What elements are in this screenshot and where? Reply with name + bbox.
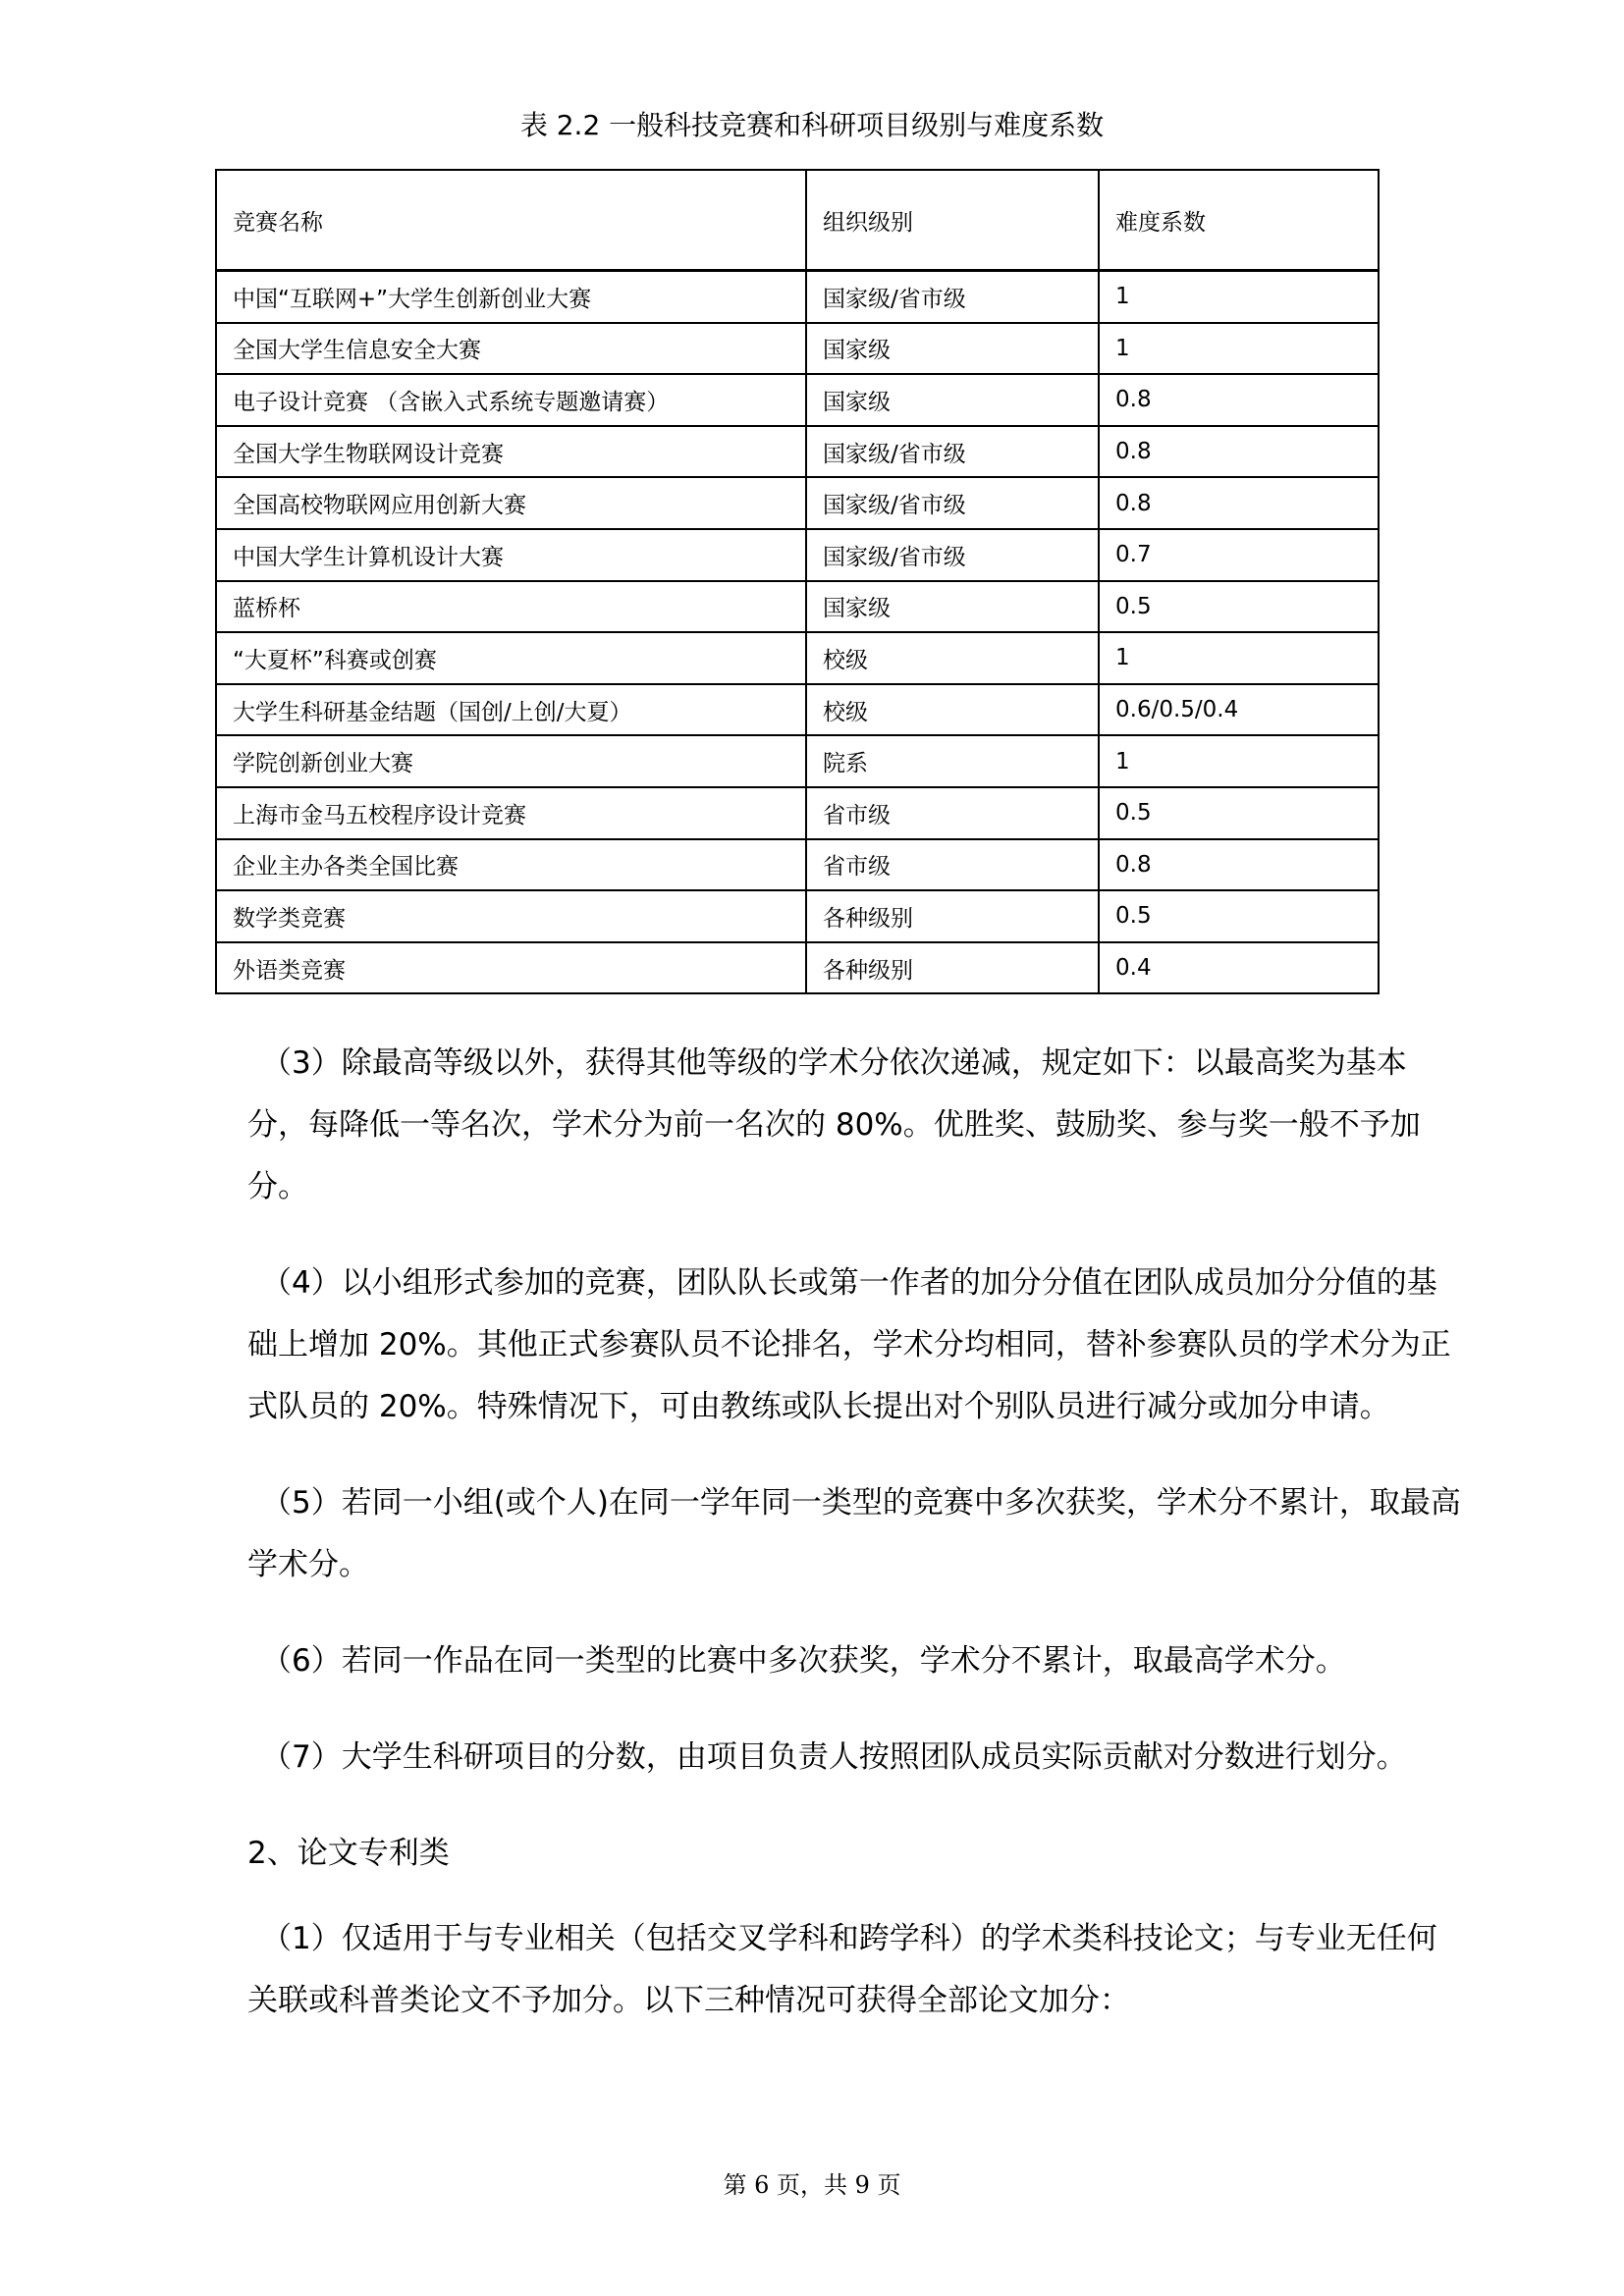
section-heading-papers-patents: 2、论文专利类 bbox=[247, 1823, 1465, 1885]
table-row: 中国“互联网+”大学生创新创业大赛国家级/省市级1 bbox=[216, 271, 1379, 323]
cell-name: 大学生科研基金结题（国创/上创/大夏） bbox=[216, 684, 806, 736]
table-row: 全国大学生信息安全大赛国家级1 bbox=[216, 323, 1379, 375]
cell-coefficient: 0.8 bbox=[1099, 477, 1379, 529]
cell-level: 国家级/省市级 bbox=[806, 426, 1099, 478]
cell-level: 校级 bbox=[806, 684, 1099, 736]
table-row: 上海市金马五校程序设计竞赛省市级0.5 bbox=[216, 787, 1379, 839]
cell-level: 各种级别 bbox=[806, 942, 1099, 994]
table-row: 数学类竞赛各种级别0.5 bbox=[216, 890, 1379, 942]
table-row: 全国高校物联网应用创新大赛国家级/省市级0.8 bbox=[216, 477, 1379, 529]
cell-level: 国家级/省市级 bbox=[806, 529, 1099, 581]
cell-level: 省市级 bbox=[806, 787, 1099, 839]
cell-level: 国家级 bbox=[806, 374, 1099, 426]
table-row: 企业主办各类全国比赛省市级0.8 bbox=[216, 839, 1379, 891]
table-row: 大学生科研基金结题（国创/上创/大夏）校级0.6/0.5/0.4 bbox=[216, 684, 1379, 736]
header-difficulty: 难度系数 bbox=[1099, 170, 1379, 271]
cell-name: 电子设计竞赛 （含嵌入式系统专题邀请赛） bbox=[216, 374, 806, 426]
cell-level: 院系 bbox=[806, 735, 1099, 787]
table-row: 外语类竞赛各种级别0.4 bbox=[216, 942, 1379, 994]
table-row: 全国大学生物联网设计竞赛国家级/省市级0.8 bbox=[216, 426, 1379, 478]
cell-name: 外语类竞赛 bbox=[216, 942, 806, 994]
cell-name: 蓝桥杯 bbox=[216, 581, 806, 633]
cell-coefficient: 0.6/0.5/0.4 bbox=[1099, 684, 1379, 736]
cell-coefficient: 1 bbox=[1099, 271, 1379, 323]
table-row: 蓝桥杯国家级0.5 bbox=[216, 581, 1379, 633]
rule-paragraph-6: （6）若同一作品在同一类型的比赛中多次获奖，学术分不累计，取最高学术分。 bbox=[247, 1630, 1465, 1692]
table-row: 电子设计竞赛 （含嵌入式系统专题邀请赛）国家级0.8 bbox=[216, 374, 1379, 426]
cell-name: 全国大学生信息安全大赛 bbox=[216, 323, 806, 375]
cell-coefficient: 0.4 bbox=[1099, 942, 1379, 994]
table-row: 中国大学生计算机设计大赛国家级/省市级0.7 bbox=[216, 529, 1379, 581]
cell-name: 全国大学生物联网设计竞赛 bbox=[216, 426, 806, 478]
rule-paragraph-3: （3）除最高等级以外，获得其他等级的学术分依次递减，规定如下：以最高奖为基本分，… bbox=[247, 1033, 1465, 1218]
cell-level: 校级 bbox=[806, 632, 1099, 684]
cell-coefficient: 1 bbox=[1099, 632, 1379, 684]
rule-paragraph-4: （4）以小组形式参加的竞赛，团队队长或第一作者的加分分值在团队成员加分分值的基础… bbox=[247, 1253, 1465, 1438]
cell-level: 国家级/省市级 bbox=[806, 477, 1099, 529]
cell-coefficient: 0.8 bbox=[1099, 839, 1379, 891]
table-row: 学院创新创业大赛院系1 bbox=[216, 735, 1379, 787]
difficulty-table: 竞赛名称 组织级别 难度系数 中国“互联网+”大学生创新创业大赛国家级/省市级1… bbox=[215, 169, 1380, 994]
cell-name: 全国高校物联网应用创新大赛 bbox=[216, 477, 806, 529]
cell-name: 数学类竞赛 bbox=[216, 890, 806, 942]
rules-body: （3）除最高等级以外，获得其他等级的学术分依次递减，规定如下：以最高奖为基本分，… bbox=[247, 1033, 1465, 2032]
table-caption: 表 2.2 一般科技竞赛和科研项目级别与难度系数 bbox=[0, 106, 1624, 145]
cell-name: “大夏杯”科赛或创赛 bbox=[216, 632, 806, 684]
cell-coefficient: 1 bbox=[1099, 735, 1379, 787]
cell-level: 省市级 bbox=[806, 839, 1099, 891]
cell-name: 企业主办各类全国比赛 bbox=[216, 839, 806, 891]
header-level: 组织级别 bbox=[806, 170, 1099, 271]
cell-level: 国家级 bbox=[806, 323, 1099, 375]
rule-paragraph-7: （7）大学生科研项目的分数，由项目负责人按照团队成员实际贡献对分数进行划分。 bbox=[247, 1727, 1465, 1789]
cell-coefficient: 0.5 bbox=[1099, 890, 1379, 942]
page-number: 第 6 页，共 9 页 bbox=[0, 2165, 1624, 2200]
cell-name: 中国大学生计算机设计大赛 bbox=[216, 529, 806, 581]
section2-paragraph-1: （1）仅适用于与专业相关（包括交叉学科和跨学科）的学术类科技论文；与专业无任何关… bbox=[247, 1908, 1465, 2032]
cell-coefficient: 1 bbox=[1099, 323, 1379, 375]
cell-coefficient: 0.8 bbox=[1099, 374, 1379, 426]
cell-name: 上海市金马五校程序设计竞赛 bbox=[216, 787, 806, 839]
cell-level: 国家级/省市级 bbox=[806, 271, 1099, 323]
cell-name: 学院创新创业大赛 bbox=[216, 735, 806, 787]
cell-coefficient: 0.8 bbox=[1099, 426, 1379, 478]
rule-paragraph-5: （5）若同一小组(或个人)在同一学年同一类型的竞赛中多次获奖，学术分不累计，取最… bbox=[247, 1472, 1465, 1596]
cell-level: 国家级 bbox=[806, 581, 1099, 633]
table-header-row: 竞赛名称 组织级别 难度系数 bbox=[216, 170, 1379, 271]
table-row: “大夏杯”科赛或创赛校级1 bbox=[216, 632, 1379, 684]
cell-coefficient: 0.5 bbox=[1099, 787, 1379, 839]
cell-name: 中国“互联网+”大学生创新创业大赛 bbox=[216, 271, 806, 323]
cell-coefficient: 0.5 bbox=[1099, 581, 1379, 633]
cell-level: 各种级别 bbox=[806, 890, 1099, 942]
cell-coefficient: 0.7 bbox=[1099, 529, 1379, 581]
header-competition-name: 竞赛名称 bbox=[216, 170, 806, 271]
